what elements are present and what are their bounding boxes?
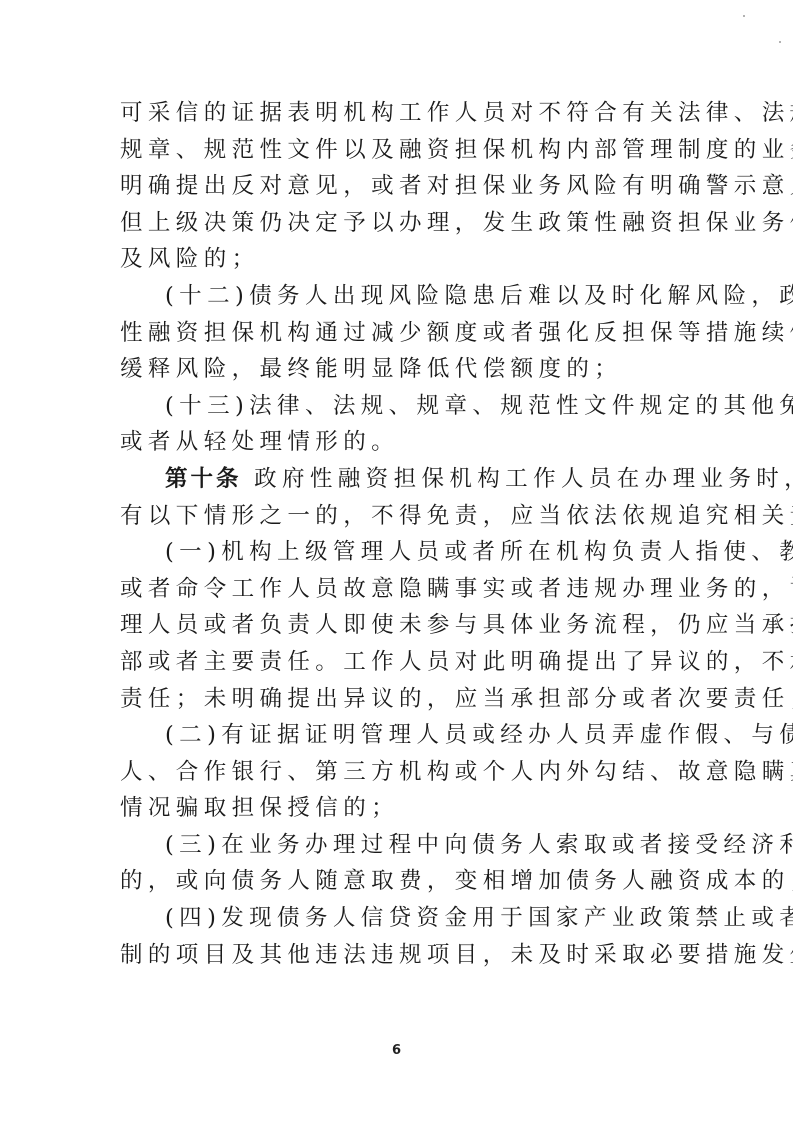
text-line: 责任；未明确提出异议的，应当承担部分或者次要责任； [120,681,682,718]
article-10-text: 政府性融资担保机构工作人员在办理业务时， [242,466,793,492]
text-line: 的，或向债务人随意取费，变相增加债务人融资成本的； [120,863,682,900]
page-number: 6 [0,1043,793,1058]
text-line: 但上级决策仍决定予以办理，发生政策性融资担保业务代偿 [120,205,682,242]
text-line: 明确提出反对意见，或者对担保业务风险有明确警示意见， [120,168,682,205]
article-10-heading-line: 第十条 政府性融资担保机构工作人员在办理业务时， [120,461,682,498]
document-body: 可采信的证据表明机构工作人员对不符合有关法律、法规、 规章、规范性文件以及融资担… [120,95,682,973]
text-line: 规章、规范性文件以及融资担保机构内部管理制度的业务曾 [120,132,682,169]
text-line: 及风险的； [120,241,682,278]
text-line: 缓释风险，最终能明显降低代偿额度的； [120,351,682,388]
text-line: 部或者主要责任。工作人员对此明确提出了异议的，不承担 [120,644,682,681]
clause-13-start: (十三)法律、法规、规章、规范性文件规定的其他免责 [120,388,682,425]
text-line: 理人员或者负责人即使未参与具体业务流程，仍应当承担全 [120,607,682,644]
article-10-heading: 第十条 [165,466,242,492]
text-line: 情况骗取担保授信的； [120,790,682,827]
text-line: 或者命令工作人员故意隐瞒事实或者违规办理业务的，该管 [120,571,682,608]
text-line: 性融资担保机构通过减少额度或者强化反担保等措施续保 [120,315,682,352]
text-line: 制的项目及其他违法违规项目，未及时采取必要措施发生代 [120,937,682,974]
clause-1-start: (一)机构上级管理人员或者所在机构负责人指使、教唆 [120,534,682,571]
text-line: 可采信的证据表明机构工作人员对不符合有关法律、法规、 [120,95,682,132]
text-line: 有以下情形之一的，不得免责，应当依法依规追究相关责任： [120,498,682,535]
clause-2-start: (二)有证据证明管理人员或经办人员弄虚作假、与债务 [120,717,682,754]
clause-4-start: (四)发现债务人信贷资金用于国家产业政策禁止或者限 [120,900,682,937]
text-line: 或者从轻处理情形的。 [120,424,682,461]
text-line: 人、合作银行、第三方机构或个人内外勾结、故意隐瞒真实 [120,754,682,791]
scan-speck [779,41,781,43]
clause-12-start: (十二)债务人出现风险隐患后难以及时化解风险，政府 [120,278,682,315]
document-page: 可采信的证据表明机构工作人员对不符合有关法律、法规、 规章、规范性文件以及融资担… [0,0,793,1121]
scan-speck [743,15,745,17]
clause-3-start: (三)在业务办理过程中向债务人索取或者接受经济利益 [120,827,682,864]
